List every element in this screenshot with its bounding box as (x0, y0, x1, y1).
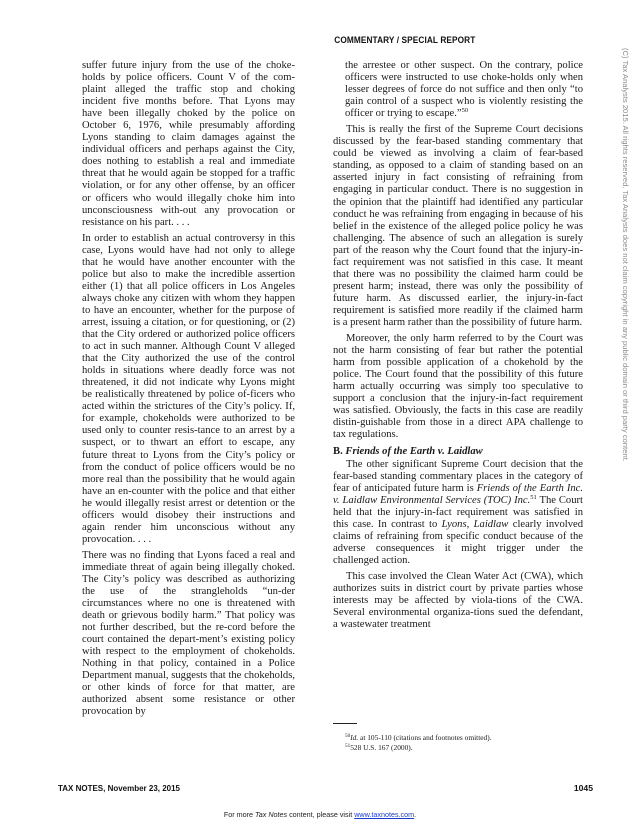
body-paragraph: This case involved the Clean Water Act (… (333, 571, 583, 631)
case-name: Laidlaw (474, 519, 509, 530)
footnote: 50Id. at 105-110 (citations and footnote… (345, 733, 585, 743)
promo-text: . (414, 810, 416, 819)
body-paragraph: This is really the first of the Supreme … (333, 124, 583, 329)
footnote: 51528 U.S. 167 (2000). (345, 743, 585, 753)
page-number: 1045 (574, 783, 593, 793)
text-run: , (467, 519, 474, 530)
promo-text: content, please visit (287, 810, 354, 819)
taxnotes-link[interactable]: www.taxnotes.com (354, 810, 414, 819)
section-label: B. (333, 446, 343, 457)
copyright-notice: (C) Tax Analysts 2015. All rights reserv… (622, 48, 630, 768)
body-paragraph: The other significant Supreme Court deci… (333, 459, 583, 567)
copyright-text: (C) Tax Analysts 2015. All rights reserv… (621, 48, 630, 462)
promo-brand: Tax Notes (255, 810, 287, 819)
publication-footer: TAX NOTES, November 23, 2015 (58, 783, 180, 793)
left-column: suffer future injury from the use of the… (70, 60, 295, 719)
section-title: Friends of the Earth v. Laidlaw (345, 446, 482, 457)
block-quote-paragraph: There was no finding that Lyons faced a … (70, 550, 295, 719)
block-quote-continuation: the arrestee or other suspect. On the co… (333, 60, 583, 120)
running-head: COMMENTARY / SPECIAL REPORT (334, 35, 475, 45)
footnote-text: 528 U.S. 167 (2000). (350, 743, 412, 752)
footnote-text: at 105-110 (citations and footnotes omit… (358, 733, 491, 742)
footnote-divider (333, 723, 357, 724)
section-heading: B. Friends of the Earth v. Laidlaw (333, 446, 583, 458)
footnotes: 50Id. at 105-110 (citations and footnote… (345, 733, 585, 752)
block-quote-paragraph: In order to establish an actual controve… (70, 233, 295, 546)
promo-line: For more Tax Notes content, please visit… (0, 810, 640, 819)
body-paragraph: Moreover, the only harm referred to by t… (333, 333, 583, 441)
footnote-italic: Id. (350, 733, 358, 742)
block-quote-paragraph: suffer future injury from the use of the… (70, 60, 295, 229)
footnote-ref[interactable]: 50 (462, 107, 469, 114)
promo-text: For more (224, 810, 255, 819)
right-column: the arrestee or other suspect. On the co… (333, 60, 583, 631)
case-name: Lyons (442, 519, 467, 530)
